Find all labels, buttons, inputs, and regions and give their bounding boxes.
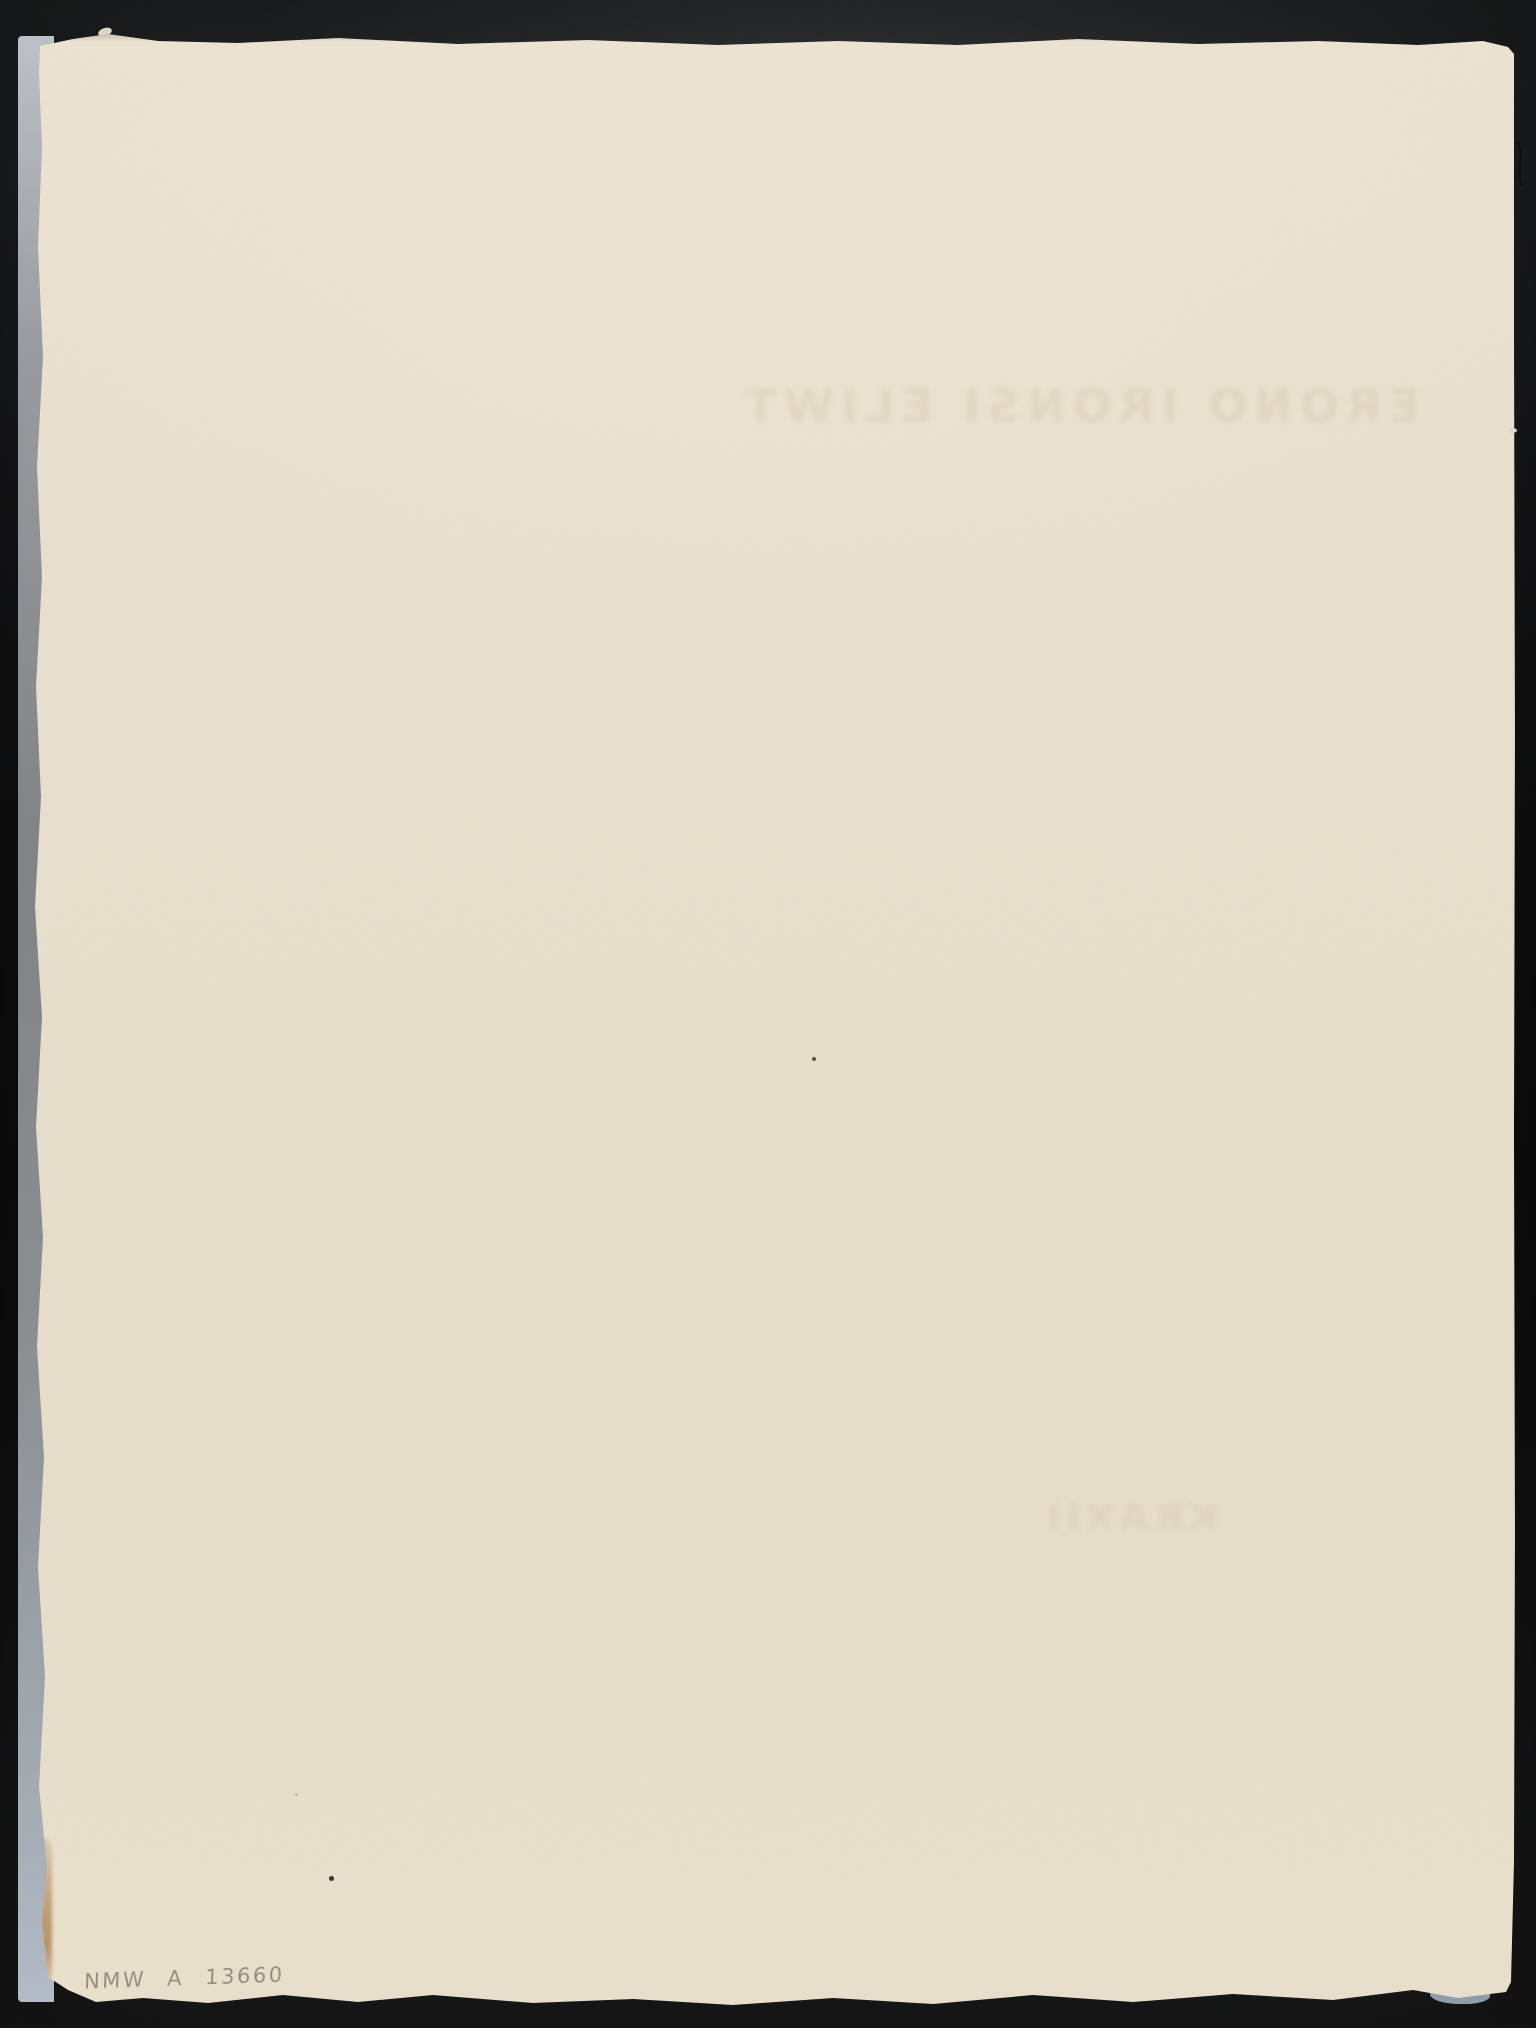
paper-speck: [812, 1057, 816, 1061]
illegible-show-through-text-bottom: KRAXII: [980, 1494, 1280, 1542]
paper-grain-texture: [28, 32, 1516, 2010]
photograph-stage: ERONO IRONSI ELIWT KRAXII NMW A 13660: [0, 0, 1536, 2028]
paper-fiber-tuft: [1508, 428, 1517, 433]
blank-paper-sheet: ERONO IRONSI ELIWT KRAXII NMW A 13660: [28, 32, 1516, 2010]
paper-speck: [295, 1793, 298, 1796]
pencil-accession-inscription: NMW A 13660: [84, 1962, 285, 1993]
paper-speck: [329, 1876, 334, 1881]
illegible-show-through-text-top: ERONO IRONSI ELIWT: [740, 374, 1420, 438]
